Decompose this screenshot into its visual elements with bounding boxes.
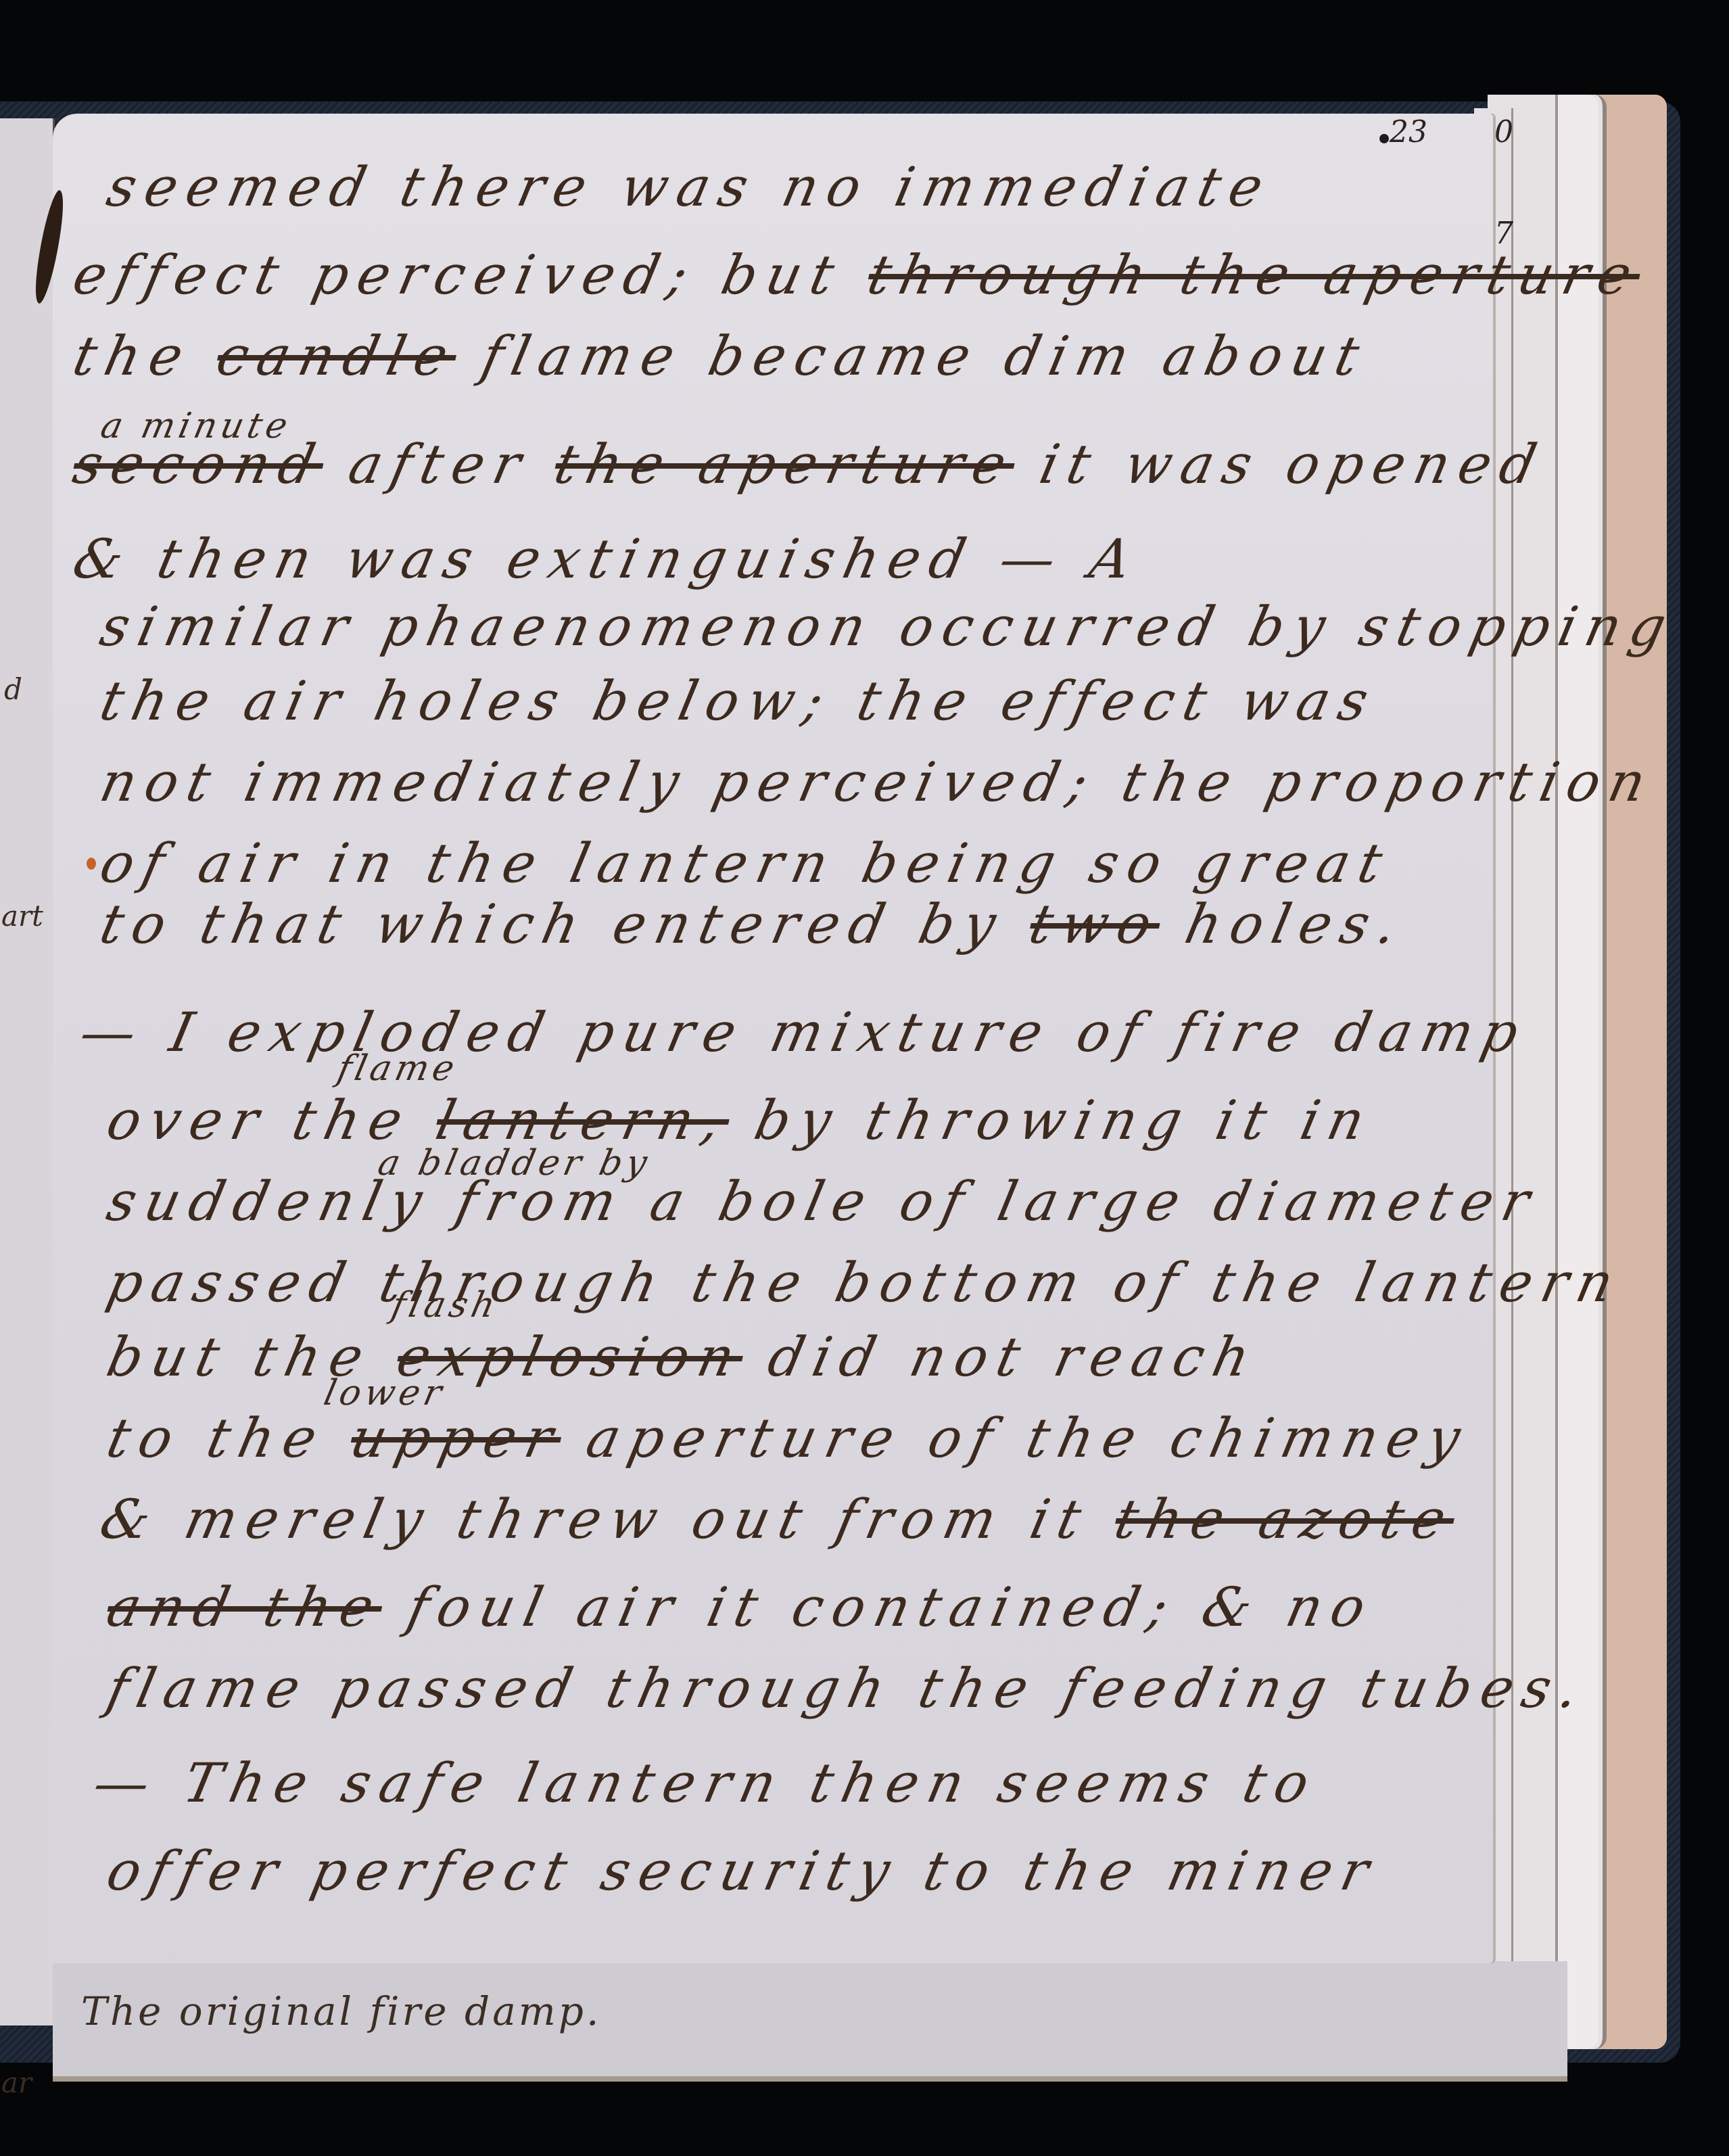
manuscript-line: not immediately perceived; the proportio… xyxy=(95,751,1661,814)
facing-page-text: ar xyxy=(1,2066,32,2099)
manuscript-line: passed through the bottom of the lantern xyxy=(101,1251,1628,1314)
page-caption: The original fire damp. xyxy=(81,1988,601,2034)
manuscript-line: & then was extinguished — A xyxy=(68,528,1146,590)
manuscript-line: seemed there was no immediate xyxy=(101,156,1278,218)
manuscript-line: offer perfect security to the miner xyxy=(101,1839,1383,1902)
manuscript-line: to the upper aperture of the chimney xyxy=(101,1407,1475,1470)
page-stack-edge xyxy=(1555,95,1598,2049)
struck-text: candle xyxy=(212,325,463,388)
struck-text: and the xyxy=(101,1576,389,1639)
struck-text: upper xyxy=(345,1407,567,1470)
stain-spot xyxy=(87,858,96,870)
manuscript-line: flame passed through the feeding tubes. xyxy=(101,1657,1593,1720)
manuscript-line: & merely threw out from it the azote xyxy=(95,1488,1461,1551)
manuscript-line: the candle flame became dim about xyxy=(68,325,1374,388)
manuscript-line: — I exploded pure mixture of fire damp xyxy=(74,1001,1533,1064)
manuscript-line: and the foul air it contained; & no xyxy=(101,1576,1380,1639)
interlinear-insertion: flash xyxy=(388,1285,503,1326)
manuscript-line: suddenly from a bole of large diameter xyxy=(101,1170,1544,1233)
folio-number: 23 xyxy=(1390,115,1427,149)
struck-text: the azote xyxy=(1110,1488,1461,1551)
facing-page-edge: d art ar xyxy=(0,118,55,2025)
manuscript-line: but the explosion did not reach xyxy=(101,1326,1264,1388)
manuscript-line: second after the aperture it was opened xyxy=(68,433,1551,496)
manuscript-line: similar phaenomenon occurred by stopping xyxy=(95,595,1681,658)
manuscript-line: to that which entered by two holes. xyxy=(95,893,1412,956)
struck-text: two xyxy=(1024,893,1167,956)
ink-dot xyxy=(1379,134,1389,143)
struck-text: the aperture xyxy=(549,433,1021,496)
facing-page-text: art xyxy=(1,899,43,933)
struck-text: second xyxy=(68,433,330,496)
interlinear-insertion: flame xyxy=(334,1048,463,1089)
manuscript-line: the air holes below; the effect was xyxy=(95,670,1383,732)
manuscript-line: effect perceived; but through the apertu… xyxy=(68,243,1647,306)
manuscript-line: of air in the lantern being so great xyxy=(95,832,1397,895)
struck-text: through the aperture xyxy=(862,243,1647,306)
manuscript-line: over the lantern, by throwing it in xyxy=(101,1089,1379,1152)
facing-page-text: d xyxy=(4,673,22,706)
manuscript-line: — The safe lantern then seems to xyxy=(88,1752,1324,1814)
